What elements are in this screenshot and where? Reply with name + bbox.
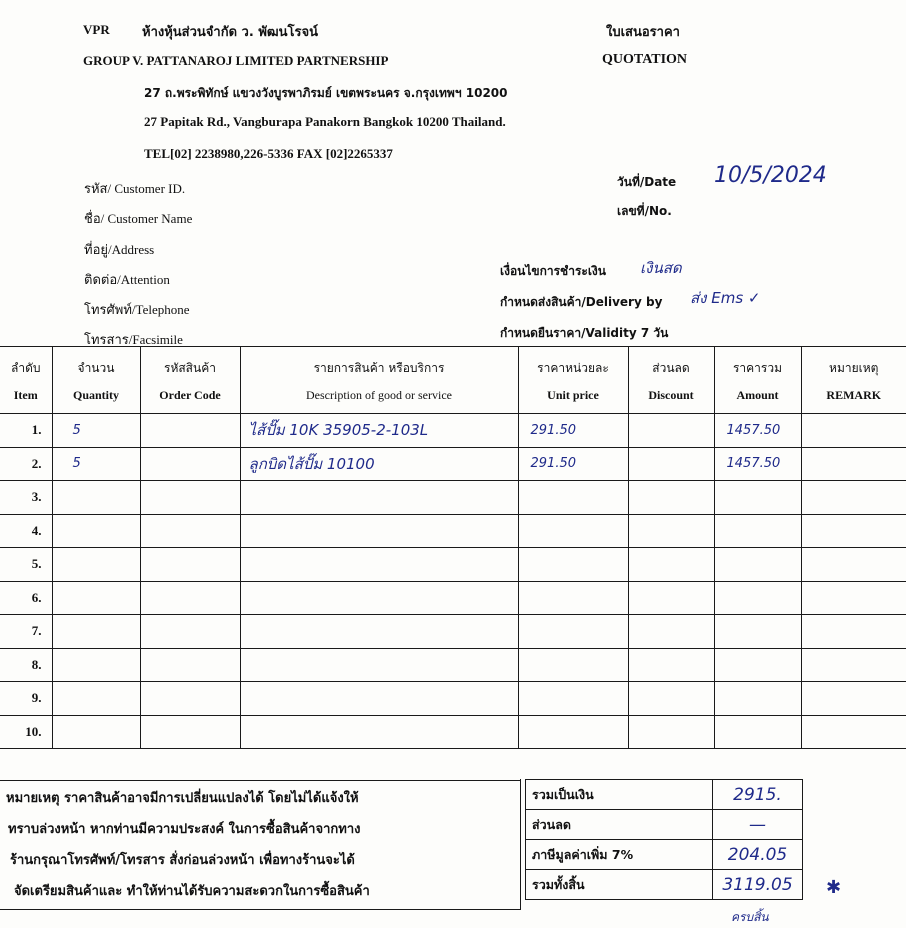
unit-price-cell[interactable] [518,548,628,582]
item-number: 4. [0,514,52,548]
quantity-cell[interactable] [52,682,140,716]
total-row-subtotal: รวมเป็นเงิน 2915. [526,780,803,810]
discount-value[interactable]: — [713,810,803,840]
description-cell[interactable]: ลูกบิดไส้ปั๊ม 10100 [240,447,518,481]
amount-cell[interactable] [714,548,801,582]
company-address-th: 27 ถ.พระพิทักษ์ แขวงวังบูรพาภิรมย์ เขตพร… [144,84,508,103]
grand-total-value[interactable]: 3119.05 [713,870,803,900]
subtotal-label: รวมเป็นเงิน [526,780,713,810]
discount-cell[interactable] [628,514,714,548]
description-cell[interactable] [240,581,518,615]
quantity-cell[interactable]: 5 [52,414,140,448]
description-cell[interactable] [240,548,518,582]
company-name-th: ห้างหุ้นส่วนจำกัด ว. พัฒนโรจน์ [142,21,318,42]
amount-cell[interactable]: 1457.50 [714,447,801,481]
discount-cell[interactable] [628,447,714,481]
amount-cell[interactable] [714,715,801,749]
header-quantity: จำนวนQuantity [52,347,140,414]
unit-price-cell[interactable]: 291.50 [518,447,628,481]
header-remark: หมายเหตุREMARK [801,347,906,414]
total-row-grand: รวมทั้งสิ้น 3119.05 [526,870,803,900]
unit-price-cell[interactable] [518,682,628,716]
discount-cell[interactable] [628,682,714,716]
header-description: รายการสินค้า หรือบริการDescription of go… [240,347,518,414]
item-number: 2. [0,447,52,481]
discount-cell[interactable] [628,715,714,749]
description-cell[interactable] [240,615,518,649]
remark-cell[interactable] [801,648,906,682]
footer-note: หมายเหตุ ราคาสินค้าอาจมีการเปลี่ยนแปลงได… [0,780,520,910]
company-name-en: GROUP V. PATTANAROJ LIMITED PARTNERSHIP [83,53,388,69]
note-line: ทราบล่วงหน้า หากท่านมีความประสงค์ ในการซ… [0,814,520,845]
discount-cell[interactable] [628,414,714,448]
order-code-cell[interactable] [140,648,240,682]
amount-cell[interactable] [714,514,801,548]
grand-total-label: รวมทั้งสิ้น [526,870,713,900]
order-code-cell[interactable] [140,581,240,615]
order-code-cell[interactable] [140,414,240,448]
quantity-cell[interactable] [52,581,140,615]
unit-price-cell[interactable] [518,514,628,548]
note-line: ร้านกรุณาโทรศัพท์/โทรสาร สั่งก่อนล่วงหน้… [0,845,520,876]
company-contact: TEL[02] 2238980,226-5336 FAX [02]2265337 [144,146,393,162]
amount-cell[interactable] [714,615,801,649]
amount-cell[interactable] [714,581,801,615]
item-number: 5. [0,548,52,582]
number-label: เลขที่/No. [617,202,672,221]
order-code-cell[interactable] [140,615,240,649]
customer-id-label: รหัส/ Customer ID. [84,178,185,199]
header-amount: ราคารวมAmount [714,347,801,414]
table-row: 5. [0,548,906,582]
footer-divider [520,779,521,910]
amount-cell[interactable] [714,648,801,682]
delivery-label: กำหนดส่งสินค้า/Delivery by [500,293,662,312]
unit-price-cell[interactable] [518,648,628,682]
discount-cell[interactable] [628,481,714,515]
items-table: ลำดับItem จำนวนQuantity รหัสสินค้าOrder … [0,346,906,749]
note-line: หมายเหตุ ราคาสินค้าอาจมีการเปลี่ยนแปลงได… [0,783,520,814]
subtotal-value[interactable]: 2915. [713,780,803,810]
item-number: 8. [0,648,52,682]
validity-label: กำหนดยืนราคา/Validity 7 วัน [500,324,668,343]
amount-cell[interactable] [714,682,801,716]
table-row: 7. [0,615,906,649]
total-row-discount: ส่วนลด — [526,810,803,840]
quantity-cell[interactable]: 5 [52,447,140,481]
quantity-cell[interactable] [52,715,140,749]
table-row: 10. [0,715,906,749]
description-cell[interactable] [240,481,518,515]
remark-cell[interactable] [801,682,906,716]
quantity-cell[interactable] [52,648,140,682]
table-header-row: ลำดับItem จำนวนQuantity รหัสสินค้าOrder … [0,347,906,414]
unit-price-cell[interactable] [518,615,628,649]
customer-telephone-label: โทรศัพท์/Telephone [84,299,190,320]
total-row-vat: ภาษีมูลค่าเพิ่ม 7% 204.05 [526,840,803,870]
delivery-value[interactable]: ส่ง Ems ✓ [690,286,761,310]
discount-label: ส่วนลด [526,810,713,840]
header-order-code: รหัสสินค้าOrder Code [140,347,240,414]
customer-name-label: ชื่อ/ Customer Name [84,208,192,229]
customer-attention-label: ติดต่อ/Attention [84,269,170,290]
discount-cell[interactable] [628,615,714,649]
table-row: 1.5ไส้ปั๊ม 10K 35905-2-103L291.501457.50 [0,414,906,448]
table-row: 9. [0,682,906,716]
item-number: 3. [0,481,52,515]
description-cell[interactable] [240,715,518,749]
discount-cell[interactable] [628,548,714,582]
order-code-cell[interactable] [140,548,240,582]
item-number: 1. [0,414,52,448]
table-row: 2.5ลูกบิดไส้ปั๊ม 10100291.501457.50 [0,447,906,481]
discount-cell[interactable] [628,581,714,615]
remark-cell[interactable] [801,447,906,481]
description-cell[interactable] [240,682,518,716]
customer-address-label: ที่อยู่/Address [84,239,154,260]
order-code-cell[interactable] [140,514,240,548]
item-number: 10. [0,715,52,749]
unit-price-cell[interactable] [518,481,628,515]
remark-cell[interactable] [801,481,906,515]
description-cell[interactable]: ไส้ปั๊ม 10K 35905-2-103L [240,414,518,448]
company-code: VPR [83,22,110,38]
unit-price-cell[interactable] [518,581,628,615]
company-address-en: 27 Papitak Rd., Vangburapa Panakorn Bang… [144,114,506,130]
description-cell[interactable] [240,648,518,682]
payment-value[interactable]: เงินสด [640,256,682,280]
table-row: 3. [0,481,906,515]
vat-value[interactable]: 204.05 [713,840,803,870]
remark-cell[interactable] [801,514,906,548]
remark-cell[interactable] [801,581,906,615]
quantity-cell[interactable] [52,481,140,515]
description-cell[interactable] [240,514,518,548]
header-discount: ส่วนลดDiscount [628,347,714,414]
unit-price-cell[interactable] [518,715,628,749]
payment-label: เงื่อนไขการชำระเงิน [500,262,606,281]
item-number: 9. [0,682,52,716]
amount-cell[interactable]: 1457.50 [714,414,801,448]
note-line: จัดเตรียมสินค้าและ ทำให้ท่านได้รับความสะ… [0,876,520,907]
remark-cell[interactable] [801,615,906,649]
table-row: 8. [0,648,906,682]
remark-cell[interactable] [801,548,906,582]
order-code-cell[interactable] [140,715,240,749]
amount-cell[interactable] [714,481,801,515]
discount-cell[interactable] [628,648,714,682]
date-label: วันที่/Date [617,173,676,192]
asterisk-mark: ✱ [826,877,841,898]
doc-title-th: ใบเสนอราคา [606,21,680,42]
order-code-cell[interactable] [140,682,240,716]
header-item: ลำดับItem [0,347,52,414]
remark-cell[interactable] [801,715,906,749]
date-value[interactable]: 10/5/2024 [714,163,827,188]
table-row: 4. [0,514,906,548]
quantity-cell[interactable] [52,514,140,548]
quantity-cell[interactable] [52,548,140,582]
total-handwritten-note: ครบสิ้น [731,908,769,927]
unit-price-cell[interactable]: 291.50 [518,414,628,448]
order-code-cell[interactable] [140,481,240,515]
quantity-cell[interactable] [52,615,140,649]
doc-title-en: QUOTATION [602,52,687,68]
item-number: 7. [0,615,52,649]
table-row: 6. [0,581,906,615]
vat-label: ภาษีมูลค่าเพิ่ม 7% [526,840,713,870]
totals-table: รวมเป็นเงิน 2915. ส่วนลด — ภาษีมูลค่าเพิ… [525,779,803,900]
header-unit-price: ราคาหน่วยละUnit price [518,347,628,414]
order-code-cell[interactable] [140,447,240,481]
item-number: 6. [0,581,52,615]
remark-cell[interactable] [801,414,906,448]
